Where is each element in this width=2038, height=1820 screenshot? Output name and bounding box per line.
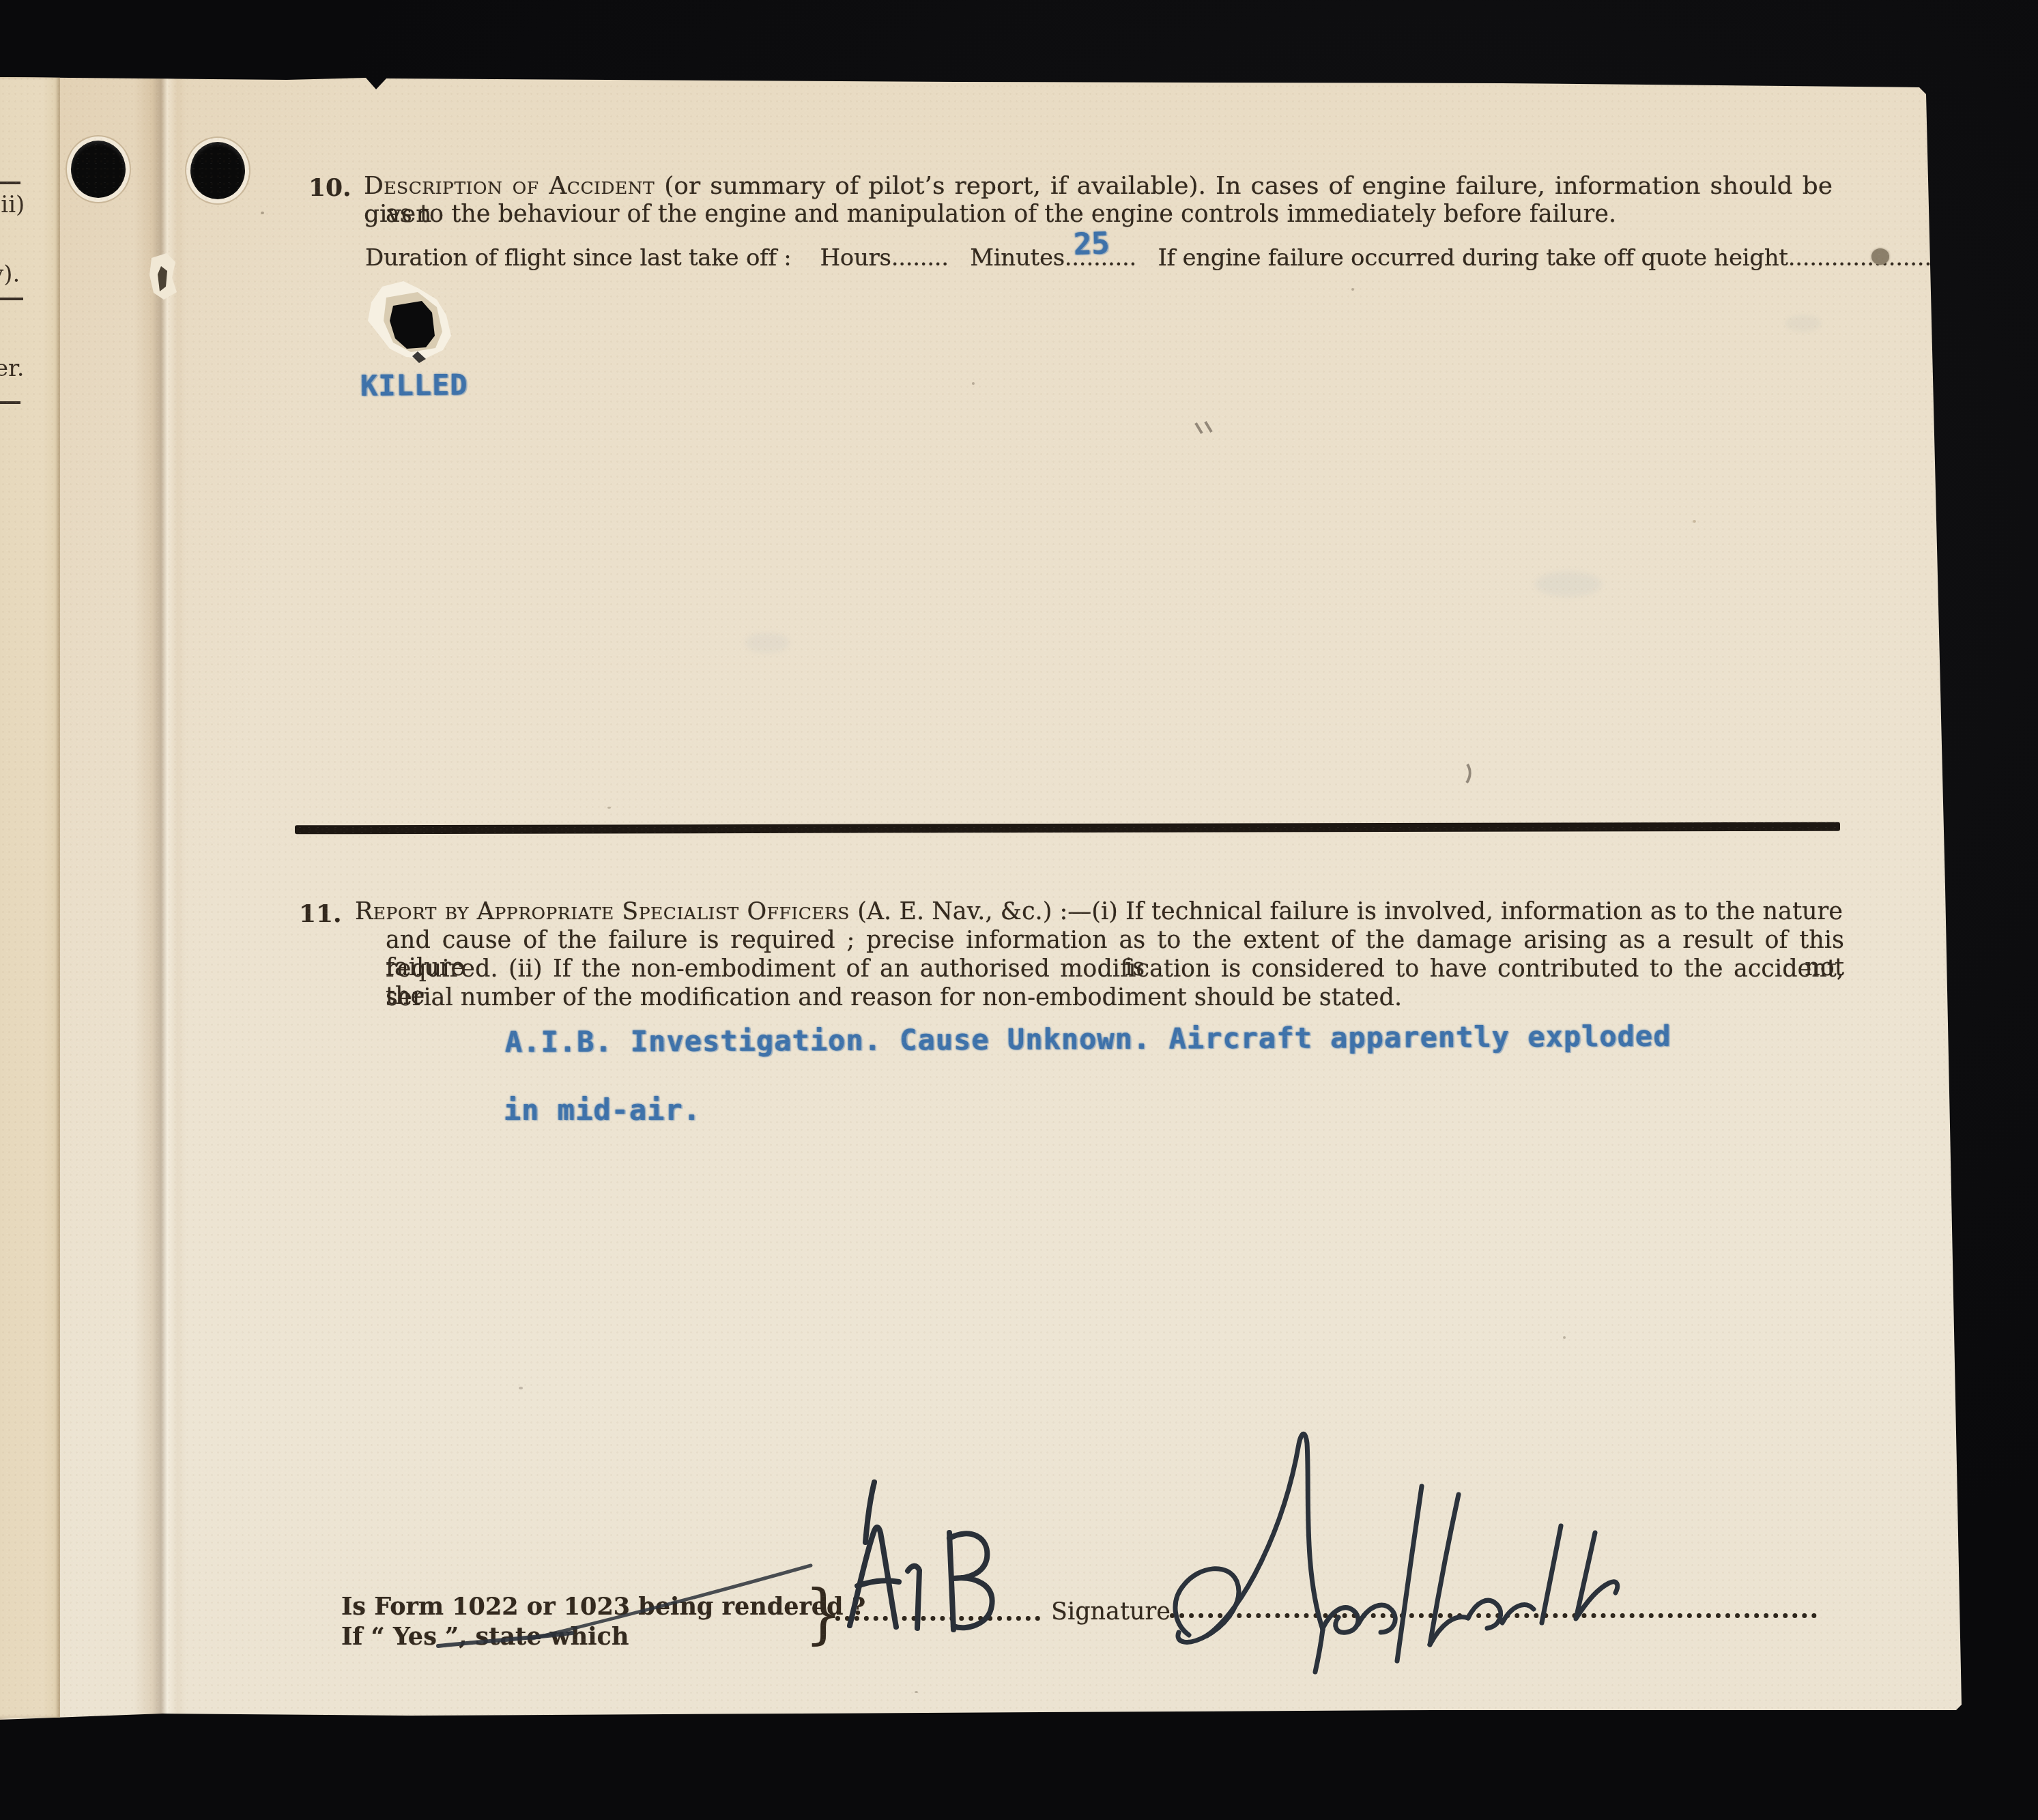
paper-stain-dot — [1871, 248, 1889, 265]
margin-text-fragment: y). — [0, 261, 20, 288]
section11-divider-rule — [295, 822, 1840, 835]
answer-dotted-line — [835, 1616, 1040, 1621]
underlying-page-edge — [0, 77, 60, 1718]
typed-response-line2: in mid-air. — [504, 1093, 701, 1127]
section10-line2: as to the behaviour of the engine and ma… — [386, 201, 1616, 228]
fold-crease — [134, 77, 187, 1715]
duration-line: Duration of flight since last take off :… — [365, 244, 1932, 272]
height-dots: .................... — [1788, 244, 1932, 272]
minutes-value-typed: 25 — [1073, 226, 1110, 262]
section11-line1: Report by Appropriate Specialist Officer… — [355, 898, 1843, 925]
footer-brace: } — [805, 1575, 842, 1651]
section11-number: 11. — [299, 899, 342, 928]
duration-label: Duration of flight since last take off : — [365, 244, 791, 272]
fibre-speck — [1563, 1336, 1566, 1339]
punch-hole-right — [186, 138, 249, 203]
margin-text-fragment: (ii) — [0, 191, 25, 218]
killed-stamp: KILLED — [360, 368, 468, 402]
typed-response-line1: A.I.B. Investigation. Cause Unknown. Air… — [505, 1020, 1671, 1059]
fibre-speck — [519, 1387, 523, 1389]
footer-question-line1: Is Form 1022 or 1023 being rendered ? — [341, 1593, 865, 1621]
fibre-speck — [1351, 288, 1354, 291]
margin-text-fragment: er. — [0, 355, 24, 382]
fibre-speck — [972, 382, 975, 385]
section11-line1-rest: (A. E. Nav., &c.) :—(i) If technical fai… — [857, 898, 1843, 925]
fibre-speck — [261, 212, 264, 214]
minutes-field: Minutes..........25 — [970, 244, 1136, 272]
signature-label: Signature — [1051, 1598, 1171, 1626]
minutes-label: Minutes — [970, 244, 1065, 272]
signature-dotted-line — [1170, 1613, 1817, 1618]
hours-dots: ........ — [891, 244, 949, 272]
punch-hole-left — [67, 136, 130, 202]
faint-blue-smudge — [745, 633, 789, 652]
fibre-speck — [607, 807, 611, 809]
section10-heading: Description of Accident — [364, 172, 655, 200]
footer-question-line2: If “ Yes ”, state which — [341, 1623, 629, 1651]
faint-blue-smudge — [1785, 315, 1821, 332]
margin-rule-fragment — [0, 401, 20, 404]
section11-line4: serial number of the modification and re… — [386, 984, 1402, 1011]
margin-rule-fragment — [0, 298, 23, 300]
section10-number: 10. — [308, 173, 351, 202]
section11-heading: Report by Appropriate Specialist Officer… — [355, 898, 850, 925]
scanned-document-background: (ii) y). er. 10. Description of Accident… — [0, 0, 2038, 1820]
paper-sheet: (ii) y). er. 10. Description of Accident… — [0, 0, 2038, 1820]
fibre-speck — [915, 1691, 918, 1693]
hours-label: Hours — [820, 244, 891, 272]
faint-blue-smudge — [1536, 572, 1601, 596]
takeoff-text: If engine failure occurred during take o… — [1158, 244, 1788, 272]
fibre-speck — [1693, 520, 1696, 523]
margin-rule-fragment — [0, 182, 20, 184]
